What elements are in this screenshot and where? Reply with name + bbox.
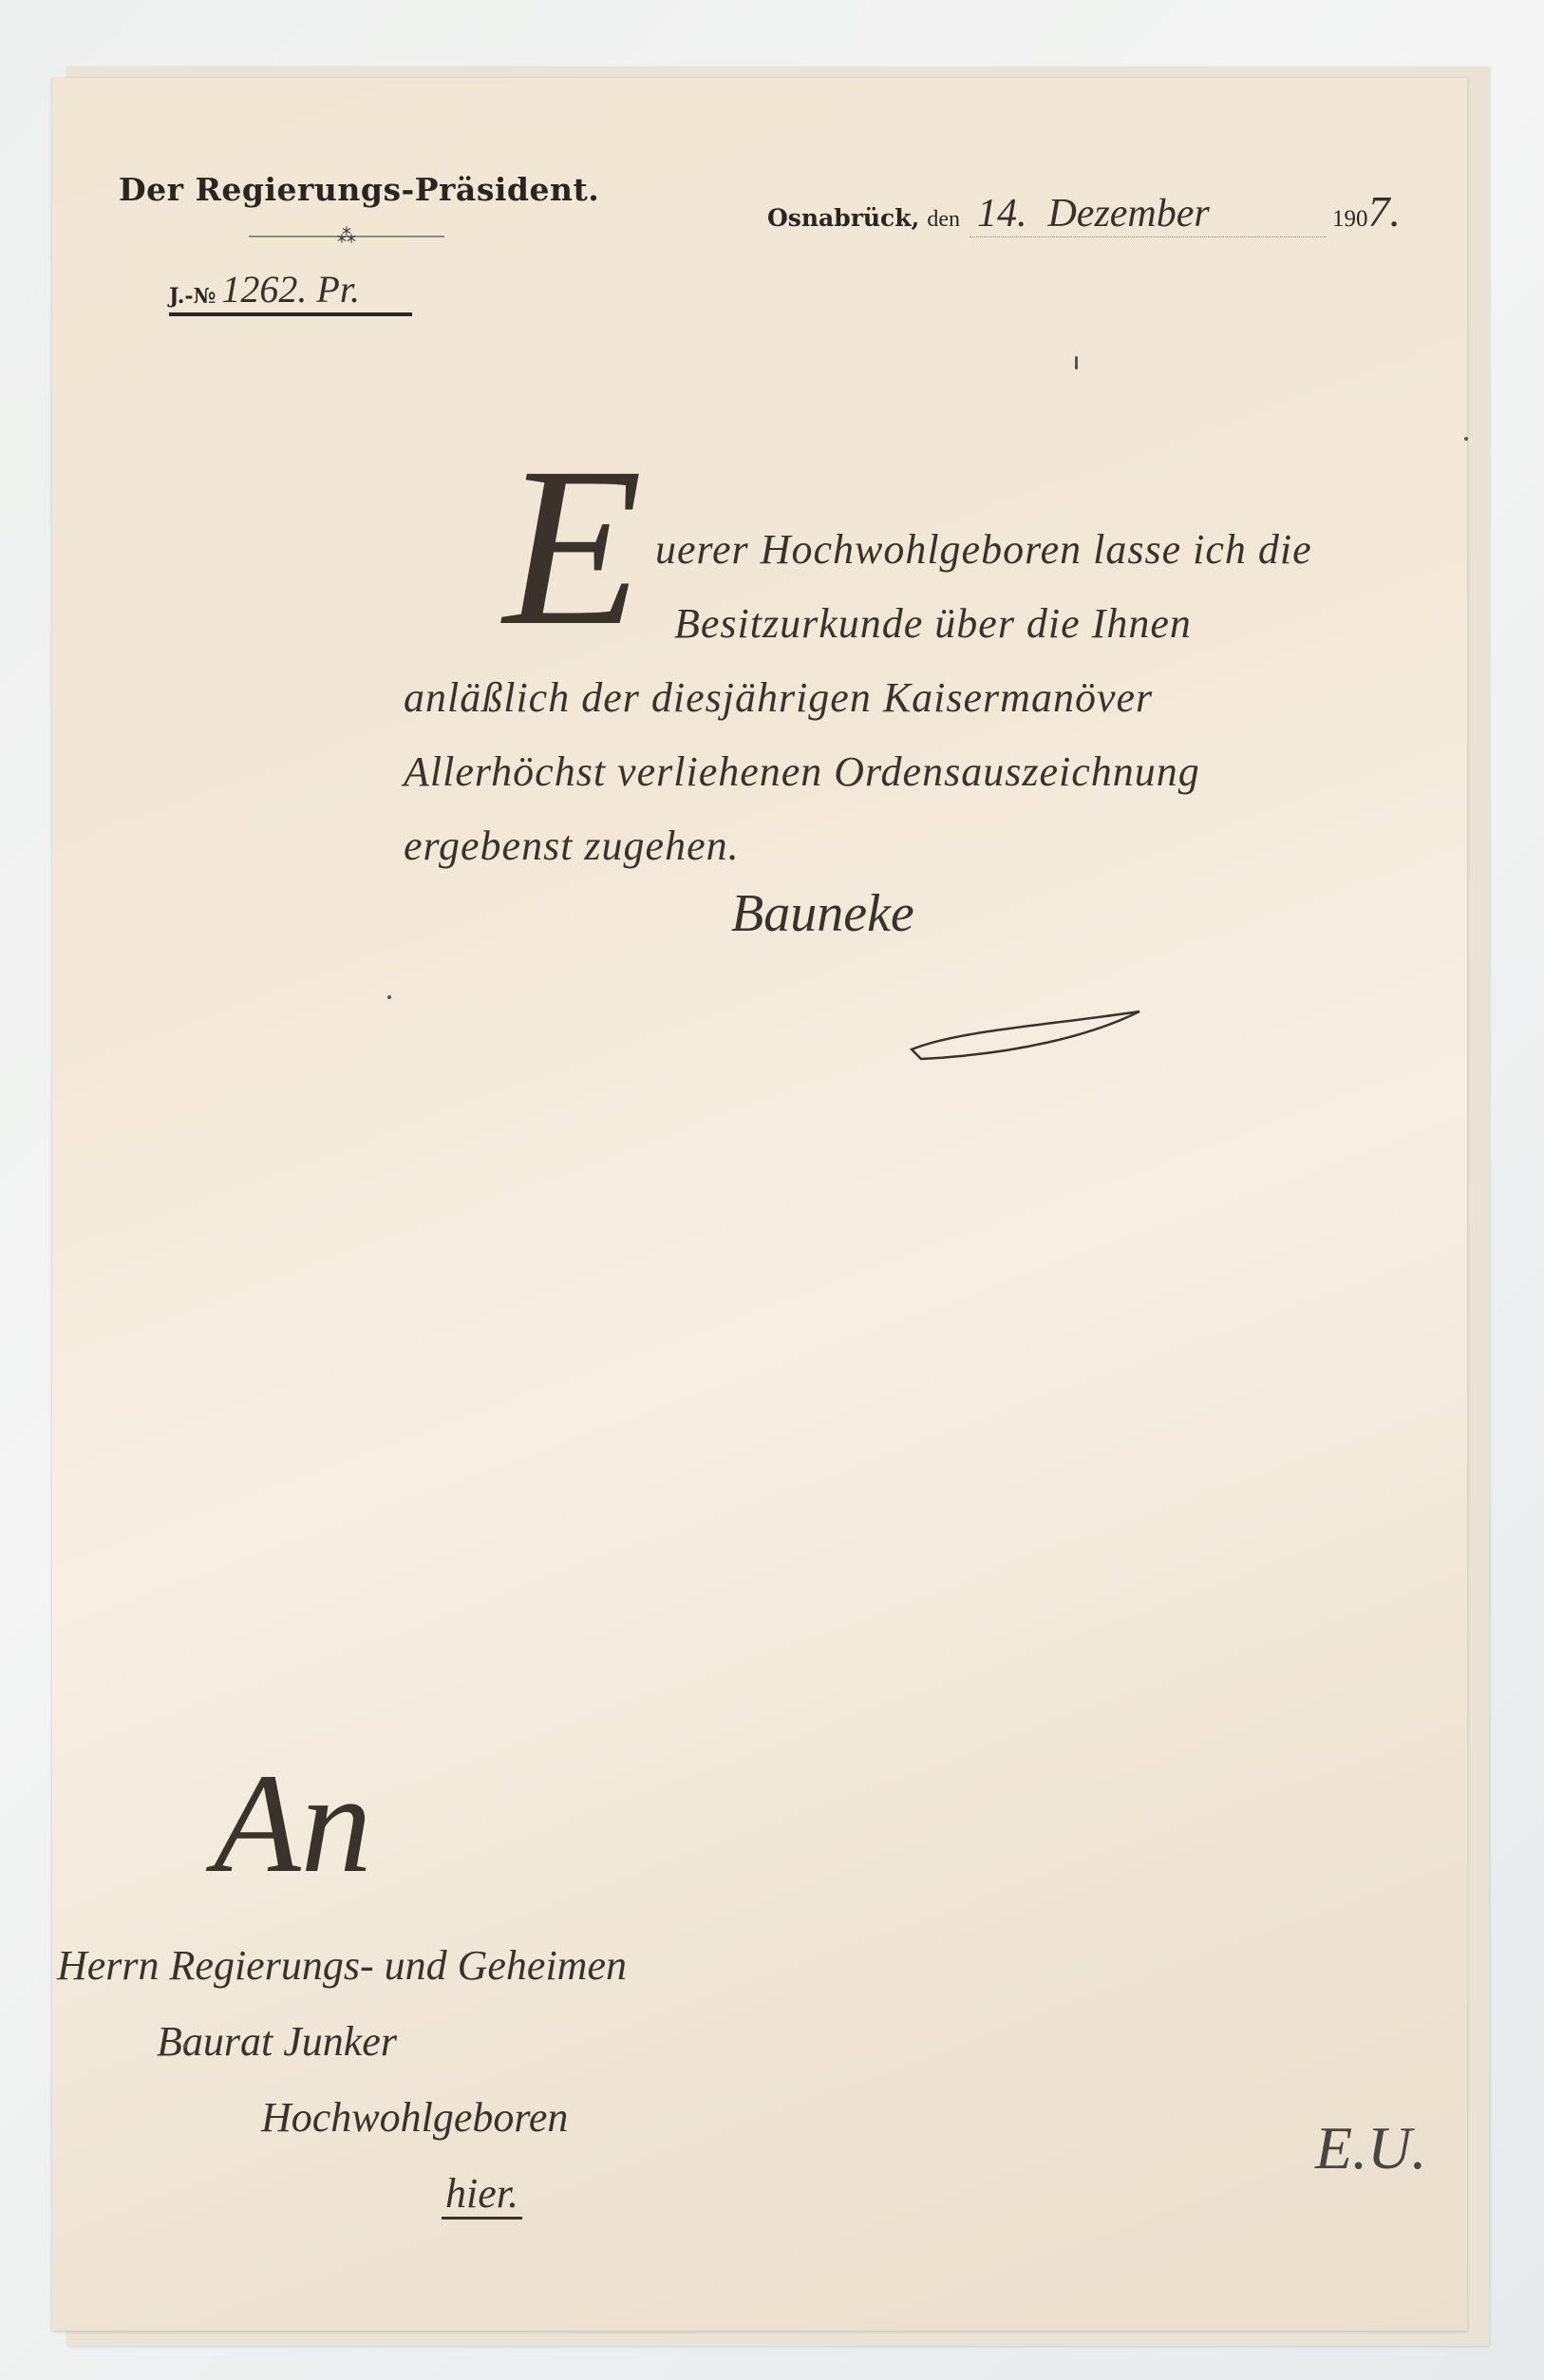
recipient-address: Herrn Regierungs- und Geheimen Baurat Ju… bbox=[57, 1928, 627, 2232]
ink-speck bbox=[183, 2044, 187, 2048]
body-line: Besitzurkunde über die Ihnen bbox=[404, 587, 1429, 661]
year-handwritten: 7. bbox=[1367, 186, 1401, 236]
letterhead-title: Der Regierungs-Präsident. bbox=[119, 171, 599, 208]
address-hier: hier. bbox=[442, 2170, 522, 2219]
place-name: Osnabrück, bbox=[767, 204, 919, 232]
body-line: uerer Hochwohlgeboren lasse ich die bbox=[404, 513, 1429, 587]
body-line: Allerhöchst verliehenen Ordensauszeichnu… bbox=[404, 735, 1429, 809]
reference-value: 1262. Pr. bbox=[221, 271, 360, 309]
place-date-line: Osnabrück, den 14. Dezember 190 7. bbox=[767, 186, 1401, 237]
letter-body: uerer Hochwohlgeboren lasse ich die Besi… bbox=[404, 513, 1429, 883]
date-day: 14. bbox=[977, 191, 1027, 236]
ornament-icon: ⁂ bbox=[337, 224, 356, 248]
body-line: anläßlich der diesjährigen Kaisermanöver bbox=[404, 661, 1429, 735]
date-month: Dezember bbox=[1047, 191, 1209, 236]
address-line: hier. bbox=[57, 2156, 627, 2232]
reference-number: J.-№ 1262. Pr. bbox=[169, 269, 412, 316]
signature: Bauneke bbox=[731, 883, 914, 944]
initials-mark: E.U. bbox=[1315, 2113, 1426, 2183]
reference-label: J.-№ bbox=[169, 284, 216, 309]
signature-flourish bbox=[902, 1007, 1149, 1064]
address-line: Herrn Regierungs- und Geheimen bbox=[57, 1928, 627, 2004]
ink-speck bbox=[1464, 437, 1468, 441]
year-printed: 190 bbox=[1332, 206, 1368, 233]
body-line: ergebenst zugehen. bbox=[404, 809, 1429, 883]
address-line: Baurat Junker bbox=[57, 2004, 627, 2080]
address-line: Hochwohlgeboren bbox=[57, 2080, 627, 2156]
date-field: 14. Dezember bbox=[970, 191, 1327, 237]
ink-speck bbox=[1075, 356, 1078, 369]
address-salutation: An bbox=[214, 1752, 372, 1895]
ink-speck bbox=[387, 995, 391, 999]
place-den: den bbox=[927, 207, 960, 233]
